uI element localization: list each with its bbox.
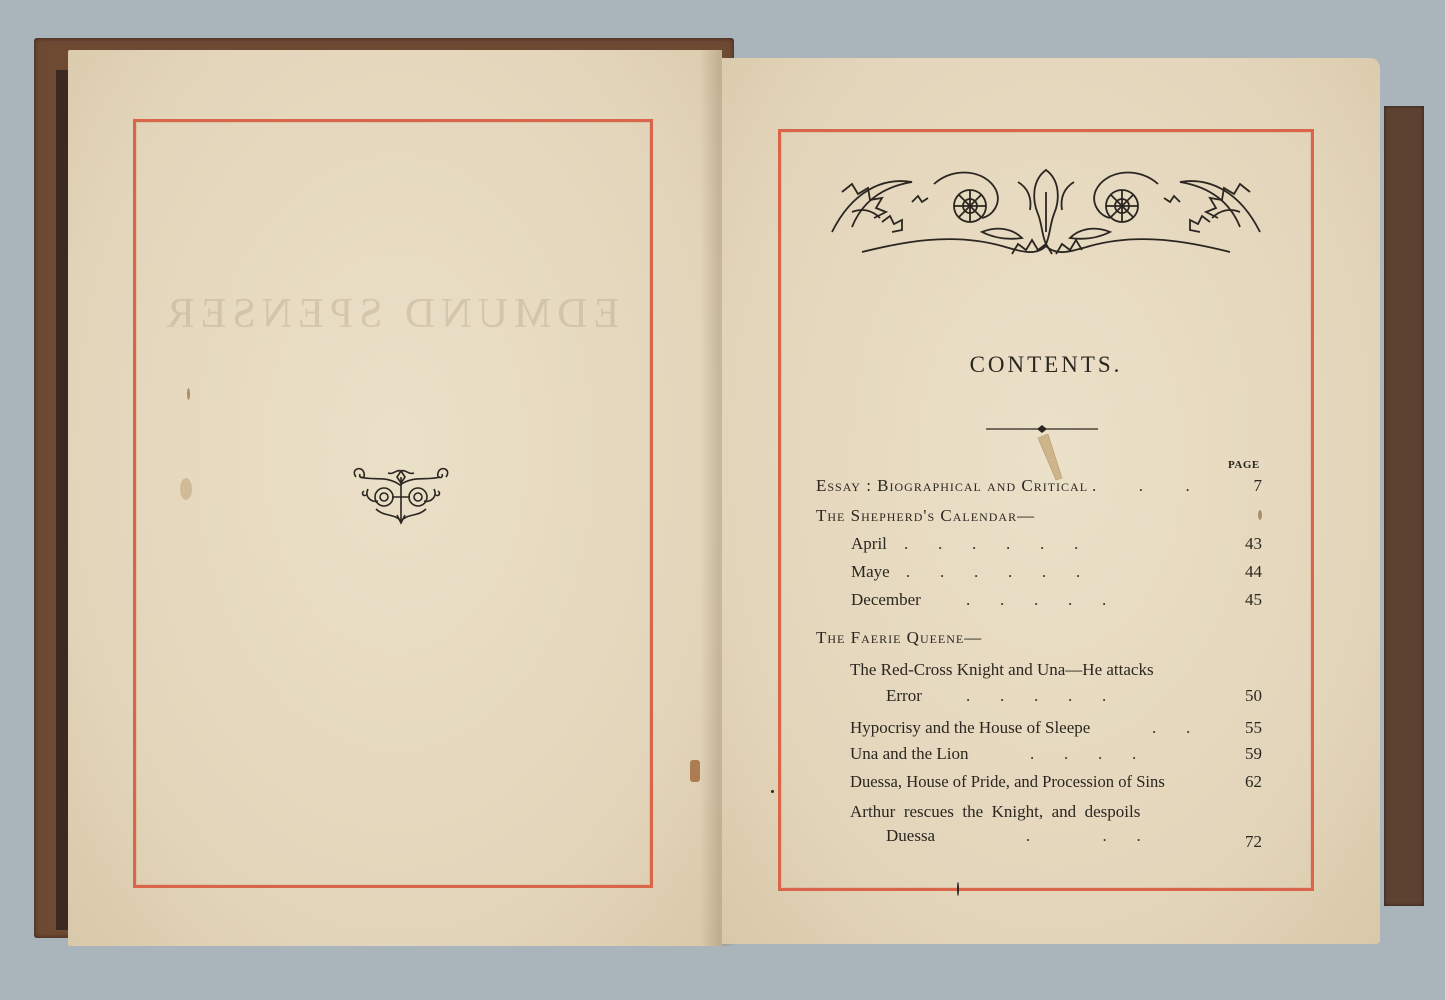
show-through-title: EDMUND SPENSER [150, 290, 630, 338]
toc-entry-title: Duessa, House of Pride, and Procession o… [850, 772, 1165, 792]
toc-leader-dots: . . . . . [966, 686, 1106, 706]
toc-section-shepherds-calendar: The Shepherd's Calendar— [816, 506, 1268, 530]
toc-entry-title: Essay : Biographical and Critical [816, 476, 1088, 496]
toc-entry-essay: Essay : Biographical and Critical . . . … [816, 476, 1268, 500]
toc-page-number: 55 [1245, 718, 1262, 738]
toc-page-number: 62 [1245, 772, 1262, 792]
toc-page-number: 45 [1245, 590, 1262, 610]
toc-entry-error: Error . . . . . 50 [816, 686, 1268, 710]
toc-section-title: The Faerie Queene— [816, 628, 982, 648]
toc-section-title: The Shepherd's Calendar— [816, 506, 1035, 526]
toc-leader-dots: . . . [1092, 476, 1190, 496]
toc-leader-dots: . . . . . . [904, 534, 1078, 554]
contents-title: CONTENTS. [778, 352, 1314, 378]
stain [1258, 510, 1262, 520]
toc-entry-maye: Maye . . . . . . 44 [816, 562, 1268, 586]
toc-entry-title: Arthur rescues the Knight, and despoils [850, 802, 1140, 822]
scroll-vignette-ornament-icon [348, 465, 454, 527]
toc-leader-dots: . . . . . . [906, 562, 1080, 582]
cover-spine-strip [56, 70, 68, 930]
book-cover-right-edge [1384, 106, 1424, 906]
toc-entry-red-cross-knight: The Red-Cross Knight and Una—He attacks [816, 660, 1268, 684]
toc-leader-dots: . . . . [1030, 744, 1136, 764]
toc-entry-title: April [851, 534, 887, 554]
toc-entry-duessa: Duessa . . . 72 [816, 826, 1268, 850]
toc-entry-december: December . . . . . 45 [816, 590, 1268, 614]
diamond-rule-icon [986, 425, 1098, 433]
toc-leader-dots: . . [1152, 718, 1190, 738]
paper-tear-fragment [1036, 434, 1064, 482]
toc-entry-una-and-lion: Una and the Lion . . . . 59 [816, 744, 1268, 768]
toc-page-number: 72 [1245, 832, 1262, 852]
toc-page-number: 44 [1245, 562, 1262, 582]
toc-page-number: 7 [1254, 476, 1263, 496]
stain [187, 388, 190, 400]
toc-entry-title: Maye [851, 562, 890, 582]
toc-entry-arthur-rescues: Arthur rescues the Knight, and despoils [816, 802, 1268, 826]
toc-entry-title: Duessa [886, 826, 935, 846]
floral-headpiece-ornament-icon [822, 162, 1270, 264]
stain [690, 760, 700, 782]
toc-leader-dots: . . . [1026, 826, 1141, 846]
pencil-mark [957, 882, 959, 896]
stain [180, 478, 192, 500]
toc-entry-title: Error [886, 686, 922, 706]
toc-entry-title: The Red-Cross Knight and Una—He attacks [850, 660, 1154, 680]
toc-section-faerie-queene: The Faerie Queene— [816, 628, 1268, 652]
page-column-header: PAGE [1228, 459, 1260, 471]
toc-leader-dots: . . . . . [966, 590, 1106, 610]
toc-page-number: 59 [1245, 744, 1262, 764]
toc-entry-april: April . . . . . . 43 [816, 534, 1268, 558]
toc-entry-title: December [851, 590, 921, 610]
toc-entry-hypocrisy: Hypocrisy and the House of Sleepe . . 55 [816, 718, 1268, 742]
toc-page-number: 43 [1245, 534, 1262, 554]
toc-entry-duessa-house-of-pride: Duessa, House of Pride, and Procession o… [816, 772, 1268, 796]
toc-entry-title: Hypocrisy and the House of Sleepe [850, 718, 1090, 738]
ink-dot [771, 790, 774, 793]
toc-page-number: 50 [1245, 686, 1262, 706]
toc-entry-title: Una and the Lion [850, 744, 969, 764]
